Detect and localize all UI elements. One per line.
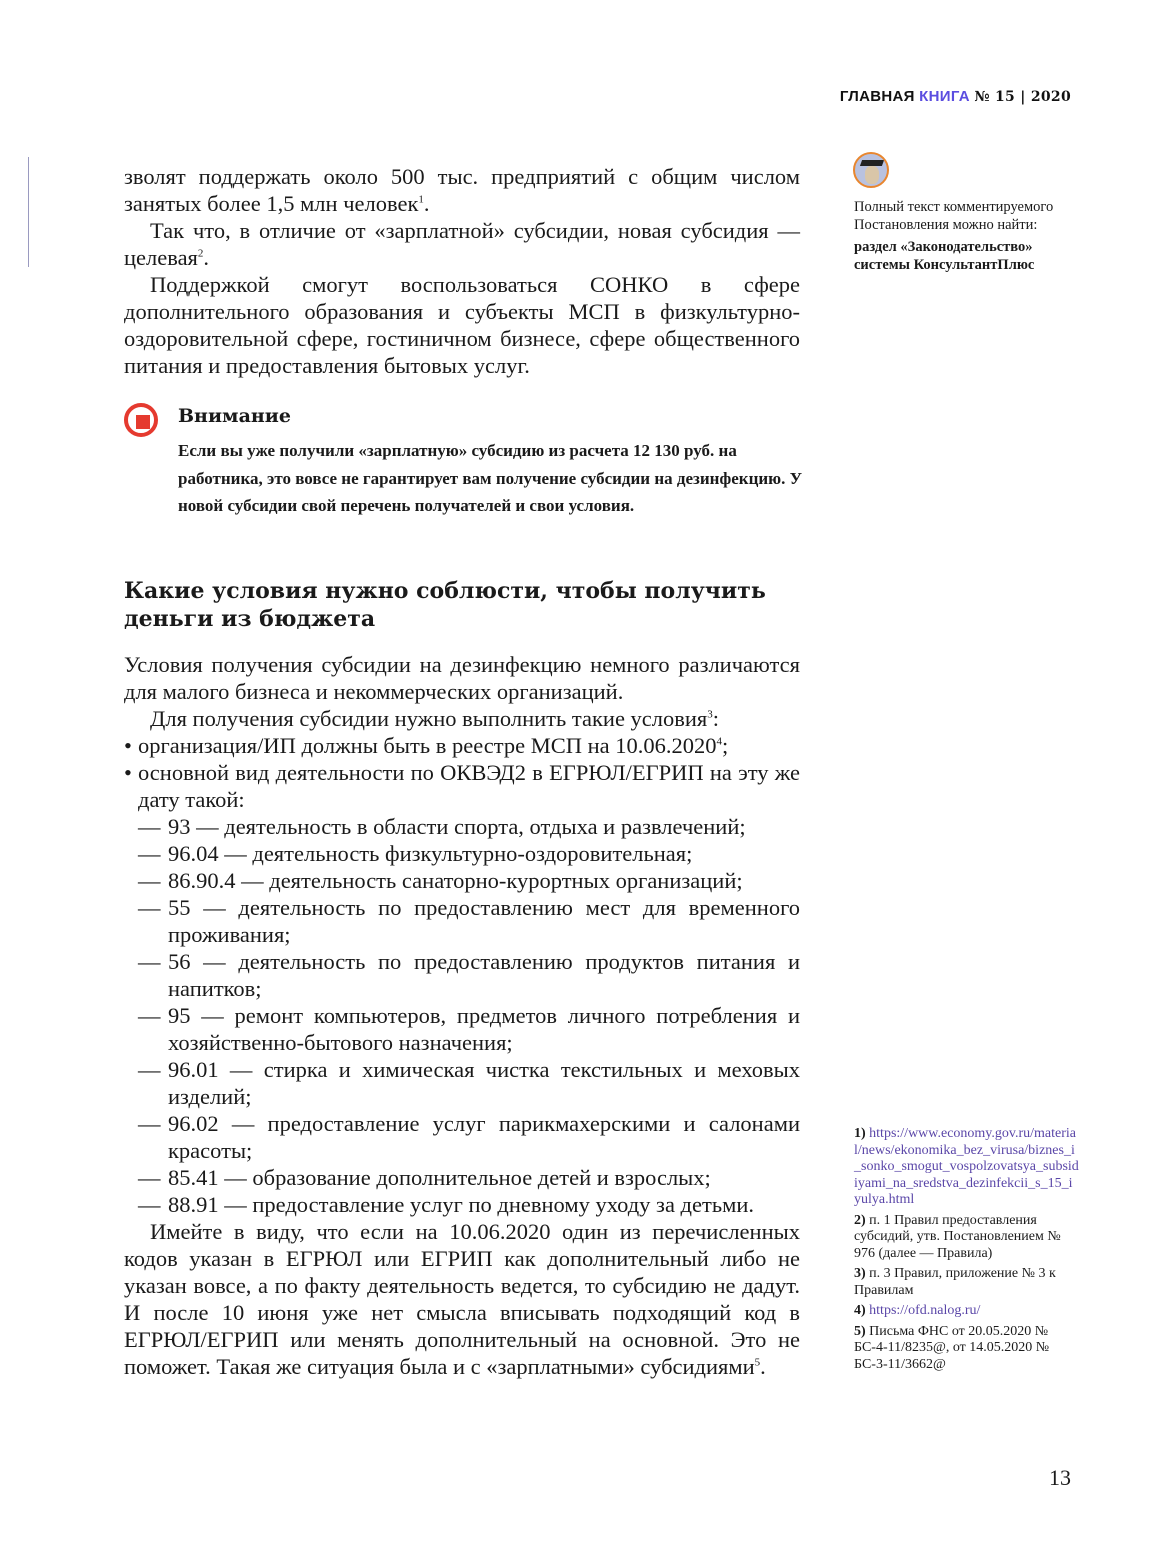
footnote-5: 5) Письма ФНС от 20.05.2020 № БС-4-11/82… — [854, 1324, 1079, 1374]
intro-text: зволят поддержать около 500 тыс. предпри… — [124, 163, 800, 379]
footnote-link[interactable]: https://ofd.nalog.ru/ — [869, 1303, 980, 1318]
footnote-link[interactable]: https://www.economy.gov.ru/material/news… — [854, 1126, 1079, 1207]
magazine-header: ГЛАВНАЯ КНИГА № 15 | 2020 — [840, 88, 1071, 105]
okved-code-item: —86.90.4 — деятельность санаторно-курорт… — [124, 867, 800, 894]
paragraph: зволят поддержать около 500 тыс. предпри… — [124, 163, 800, 217]
footnotes: 1) https://www.economy.gov.ru/material/n… — [854, 1126, 1079, 1377]
bullet-item: организация/ИП должны быть в реестре МСП… — [124, 732, 800, 759]
section-body: Условия получения субсидии на дезинфекци… — [124, 651, 800, 1380]
paragraph: Условия получения субсидии на дезинфекци… — [124, 651, 800, 705]
margin-rule — [28, 157, 29, 267]
callout-title: Внимание — [178, 405, 291, 427]
page-number: 13 — [1049, 1465, 1071, 1491]
okved-code-item: —93 — деятельность в области спорта, отд… — [124, 813, 800, 840]
footnote-2: 2) п. 1 Правил предоставления субсидий, … — [854, 1213, 1079, 1263]
okved-code-item: —95 — ремонт компьютеров, предметов личн… — [124, 1002, 800, 1056]
okved-code-item: —56 — деятельность по предоставлению про… — [124, 948, 800, 1002]
section-heading: Какие условия нужно соблюсти, чтобы полу… — [124, 577, 814, 633]
sidebar-note-text: Полный текст комментируемого Постановлен… — [854, 198, 1084, 234]
sidebar-note: Полный текст комментируемого Постановлен… — [854, 198, 1084, 274]
okved-code-item: —85.41 — образование дополнительное дете… — [124, 1164, 800, 1191]
okved-code-item: —88.91 — предоставление услуг по дневном… — [124, 1191, 800, 1218]
paragraph: Имейте в виду, что если на 10.06.2020 од… — [124, 1218, 800, 1380]
bullet-item: основной вид деятельности по ОКВЭД2 в ЕГ… — [124, 759, 800, 813]
brand-name-part2: КНИГА — [919, 88, 970, 105]
footnote-1: 1) https://www.economy.gov.ru/material/n… — [854, 1126, 1079, 1209]
brand-name-part1: ГЛАВНАЯ — [840, 88, 915, 105]
okved-code-item: —96.04 — деятельность физкультурно-оздор… — [124, 840, 800, 867]
sidebar-note-source: раздел «Законодательство» системы Консул… — [854, 238, 1084, 274]
paragraph: Для получения субсидии нужно выполнить т… — [124, 705, 800, 732]
stop-square-icon — [124, 403, 158, 437]
okved-code-item: —55 — деятельность по предоставлению мес… — [124, 894, 800, 948]
paragraph: Поддержкой смогут воспользоваться СОНКО … — [124, 271, 800, 379]
okved-code-item: —96.01 — стирка и химическая чистка текс… — [124, 1056, 800, 1110]
footnote-3: 3) п. 3 Правил, приложение № 3 к Правила… — [854, 1266, 1079, 1299]
okved-code-item: —96.02 — предоставление услуг парикмахер… — [124, 1110, 800, 1164]
expert-avatar-icon — [853, 152, 889, 188]
callout-body: Если вы уже получили «зарплатную» субсид… — [178, 437, 818, 520]
issue-number: № 15 | 2020 — [974, 89, 1071, 105]
paragraph: Так что, в отличие от «зарплатной» субси… — [124, 217, 800, 271]
footnote-4: 4) https://ofd.nalog.ru/ — [854, 1303, 1079, 1320]
